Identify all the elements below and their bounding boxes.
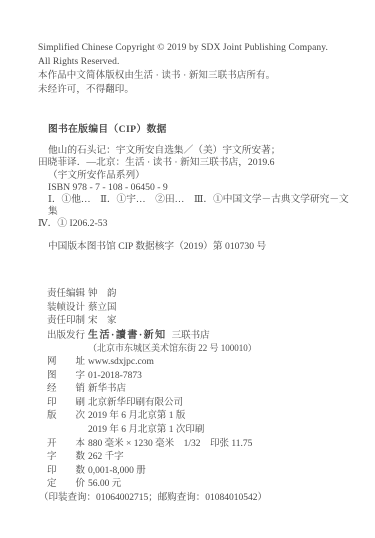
colophon-row-value: 钟 韵 bbox=[88, 288, 117, 302]
colophon-row-word-count: 字数 262 千字 bbox=[47, 451, 361, 465]
colophon-row-value: 三联书店 bbox=[172, 330, 210, 344]
english-copyright-line: Simplified Chinese Copyright © 2019 by S… bbox=[38, 41, 355, 55]
colophon-row-publisher: 出版发行 生活·讀書·新知 三联书店 bbox=[47, 329, 361, 343]
colophon-row-value: 新华书店 bbox=[88, 383, 126, 397]
colophon-row-editor: 责任编辑 钟 韵 bbox=[47, 288, 361, 302]
colophon-row-format: 开本 880 毫米 × 1230 毫米 1/32 印张 11.75 bbox=[47, 438, 361, 452]
colophon-row-printing-date: 2019 年 6 月北京第 1 次印刷 bbox=[47, 424, 361, 438]
colophon-row-value: 262 千字 bbox=[88, 451, 124, 465]
colophon-row-printer: 印刷 北京新华印刷有限公司 bbox=[47, 397, 361, 411]
colophon-row-website: 网址 www.sdxjpc.com bbox=[47, 356, 361, 370]
colophon-row-value: 880 毫米 × 1230 毫米 1/32 印张 11.75 bbox=[88, 438, 252, 452]
colophon-row-value: 北京新华印刷有限公司 bbox=[88, 397, 183, 411]
colophon-row-label: 责任印制 bbox=[47, 315, 85, 329]
colophon-row-label: 网址 bbox=[47, 356, 85, 370]
colophon-row-distributor: 经销 新华书店 bbox=[47, 383, 361, 397]
colophon-row-label: 责任编辑 bbox=[47, 288, 85, 302]
copyright-block: Simplified Chinese Copyright © 2019 by S… bbox=[38, 41, 355, 97]
cip-classification-line-1: Ⅰ．①他… Ⅱ．①宇… ②田… Ⅲ．①中国文学－古典文学研究－文集 bbox=[38, 194, 357, 218]
colophon-row-label: 字数 bbox=[47, 451, 85, 465]
colophon-row-value: 0,001-8,000 册 bbox=[88, 465, 146, 479]
colophon-row-value: 宋 家 bbox=[88, 315, 117, 329]
colophon-row-license-number: 图字 01-2018-7873 bbox=[47, 370, 361, 384]
colophon-row-value: 2019 年 6 月北京第 1 版 bbox=[88, 410, 185, 424]
colophon-row-label: 开本 bbox=[47, 438, 85, 452]
colophon-row-label: 图字 bbox=[47, 370, 85, 384]
colophon-row-designer: 装帧设计 蔡立国 bbox=[47, 302, 361, 316]
sanlian-brand-logo: 生活·讀書·新知 bbox=[88, 329, 167, 343]
isbn-line: ISBN 978 - 7 - 108 - 06450 - 9 bbox=[38, 182, 357, 194]
colophon-row-label: 出版发行 bbox=[47, 330, 85, 344]
cip-record-line: 中国版本图书馆 CIP 数据核字（2019）第 010730 号 bbox=[38, 241, 357, 253]
cip-block: 图书在版编目（CIP）数据 他山的石头记：宇文所安自选集／（美）宇文所安著； 田… bbox=[38, 124, 357, 253]
colophon-row-label: 印刷 bbox=[47, 397, 85, 411]
colophon-row-price: 定价 56.00 元 bbox=[47, 478, 361, 492]
colophon-row-print-run: 印数 0,001-8,000 册 bbox=[47, 465, 361, 479]
colophon-block: 责任编辑 钟 韵 装帧设计 蔡立国 责任印制 宋 家 出版发行 生活·讀書·新知… bbox=[47, 288, 361, 506]
colophon-row-value: 2019 年 6 月北京第 1 次印刷 bbox=[88, 424, 204, 438]
colophon-row-publisher-address: （北京市东城区美术馆东街 22 号 100010） bbox=[47, 342, 361, 356]
colophon-row-label: 经销 bbox=[47, 383, 85, 397]
colophon-row-print-supervisor: 责任印制 宋 家 bbox=[47, 315, 361, 329]
colophon-row-value: 56.00 元 bbox=[88, 478, 121, 492]
simplified-rights-line: 本作品中文简体版权由生活 · 读书 · 新知三联书店所有。 bbox=[38, 69, 355, 83]
colophon-row-edition: 版次 2019 年 6 月北京第 1 版 bbox=[47, 410, 361, 424]
colophon-row-value: 蔡立国 bbox=[88, 302, 117, 316]
colophon-row-value: 01-2018-7873 bbox=[88, 370, 142, 384]
cip-classification-line-2: Ⅳ．① I206.2-53 bbox=[38, 218, 357, 230]
colophon-row-label: 装帧设计 bbox=[47, 302, 85, 316]
colophon-row-label: 定价 bbox=[47, 478, 85, 492]
cip-entry-line-2: 田晓菲译．—北京：生活 · 读书 · 新知三联书店，2019.6 bbox=[38, 157, 357, 169]
colophon-row-label: 版次 bbox=[47, 410, 85, 424]
book-copyright-page: Simplified Chinese Copyright © 2019 by S… bbox=[0, 0, 375, 538]
all-rights-reserved-line: All Rights Reserved. bbox=[38, 55, 355, 69]
cip-series-note: （宇文所安作品系列） bbox=[38, 170, 357, 182]
no-reprint-line: 未经许可，不得翻印。 bbox=[38, 83, 355, 97]
service-phone-note: （印装查询：01064002715；邮购查询：01084010542） bbox=[39, 492, 361, 506]
cip-entry-line-1: 他山的石头记：宇文所安自选集／（美）宇文所安著； bbox=[38, 145, 357, 157]
website-url-text: www.sdxjpc.com bbox=[88, 356, 154, 370]
cip-heading: 图书在版编目（CIP）数据 bbox=[38, 124, 357, 136]
colophon-row-label: 印数 bbox=[47, 465, 85, 479]
publisher-address: （北京市东城区美术馆东街 22 号 100010） bbox=[88, 342, 257, 356]
